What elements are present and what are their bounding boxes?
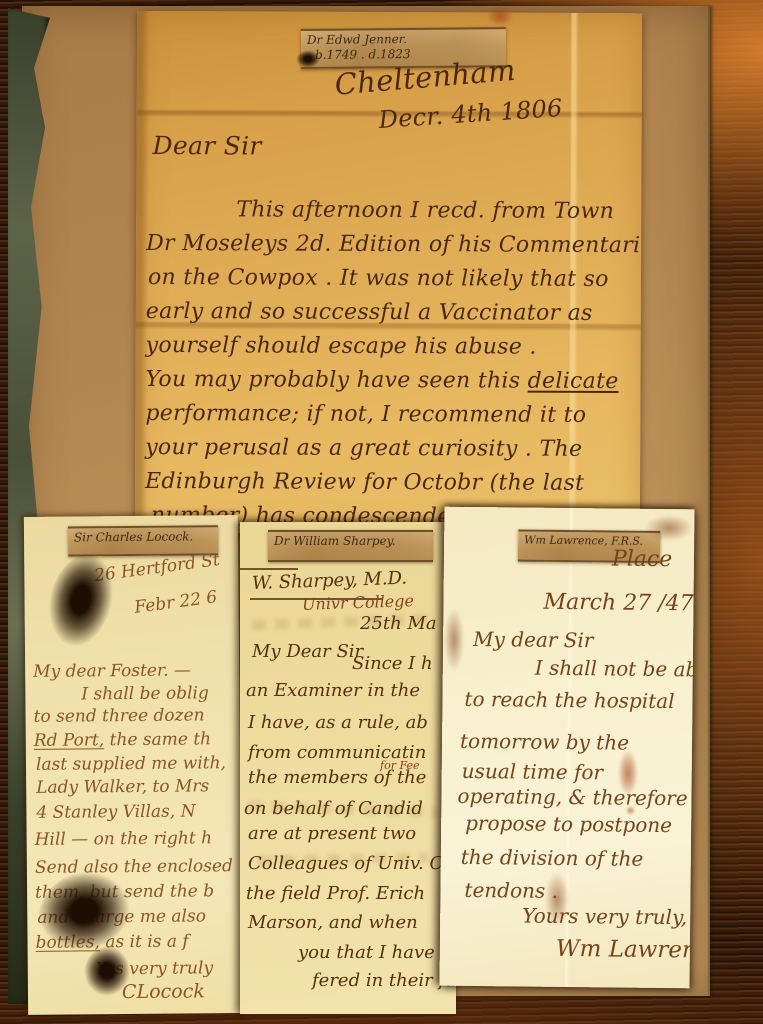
letter-lawrence: Wm Lawrence, F.R.S. Place March 27 /47. … <box>439 507 694 989</box>
handwriting-line: last supplied me with, <box>36 753 226 775</box>
handwriting-line: You may probably have seen this delicate <box>145 367 618 394</box>
pen-rule <box>240 568 298 570</box>
handwriting-line: I shall be oblig <box>81 683 209 704</box>
handwriting-closing: Yrs very truly <box>96 958 213 979</box>
handwriting-salutation: Dear Sir <box>152 131 261 160</box>
handwriting-line: This afternoon I recd. from Town <box>236 197 614 224</box>
handwriting-line: the division of the <box>461 845 644 871</box>
handwriting-line: performance; if not, I recommend it to <box>145 401 586 428</box>
letter-sharpey: Dr William Sharpey. W. Sharpey, M.D. Uni… <box>240 522 456 1014</box>
handwriting-date: Decr. 4th 1806 <box>378 94 564 134</box>
underlined-word: bottles, <box>35 932 100 953</box>
handwriting-signature: CLocock <box>122 980 205 1003</box>
handwriting-college: Univr College <box>302 591 415 614</box>
handwriting-line: tomorrow by the <box>460 729 629 755</box>
handwriting-date: Febr 22 6 <box>133 587 218 618</box>
handwriting-line: propose to postpone <box>465 811 672 837</box>
handwriting-heading: W. Sharpey, M.D. <box>252 568 408 594</box>
underlined-word: delicate <box>528 369 619 394</box>
slip-text-name: Dr William Sharpey. <box>274 534 427 549</box>
handwriting-line: an Examiner in the <box>246 680 420 701</box>
handwriting-line: them, but send the b <box>35 881 214 903</box>
handwriting-line: Hill — on the right h <box>35 828 213 850</box>
handwriting-line: fered in their fav <box>312 970 456 991</box>
handwriting-line: 4 Stanley Villas, N <box>36 801 195 822</box>
line-fragment: the same th <box>104 729 211 750</box>
handwriting-line: Rd Port, the same th <box>34 729 211 751</box>
line-fragment: as it is a f <box>100 932 189 953</box>
handwriting-line: yourself should escape his abuse . <box>146 333 537 360</box>
slip-text-name: Sir Charles Locock. <box>74 529 212 545</box>
handwriting-line: on behalf of Candid <box>244 798 423 819</box>
handwriting-line: on the Cowpox . It was not likely that s… <box>148 265 609 292</box>
handwriting-salutation: My dear Sir <box>473 627 594 652</box>
letter-locock: Sir Charles Locock. 26 Hertford St Febr … <box>24 515 242 1015</box>
handwriting-place-fragment: Place <box>612 546 673 572</box>
letter-jenner: Dr Edwd Jenner. b.1749 . d.1823 Cheltenh… <box>135 11 642 535</box>
handwriting-line: are at present two <box>248 823 416 844</box>
handwriting-line: Since I h <box>352 653 433 674</box>
handwriting-line: I have, as a rule, ab <box>248 712 428 733</box>
handwriting-line: Dr Moseleys 2d. Edition of his Commentar… <box>146 231 642 258</box>
handwriting-date: March 27 /47. <box>543 590 694 617</box>
handwriting-line: Lady Walker, to Mrs <box>36 776 209 798</box>
handwriting-line: Edinburgh Review for Octobr (the last <box>145 469 584 496</box>
handwriting-line: your perusal as a great curiosity . The <box>145 435 582 462</box>
handwriting-line: tendons . <box>464 878 558 903</box>
handwriting-line: you that I have <box>298 942 435 963</box>
handwriting-line: early and so successful a Vaccinator as <box>146 299 593 326</box>
handwriting-line: operating, & therefore <box>457 784 687 810</box>
handwriting-salutation: My Dear Sir <box>252 641 363 662</box>
handwriting-line: I shall not be able <box>535 656 695 682</box>
handwriting-signature: Wm Lawrence. <box>556 936 695 964</box>
handwriting-closing: Yours very truly, <box>522 904 687 930</box>
handwriting-line: bottles, as it is a f <box>35 932 188 953</box>
underlined-words: Rd Port, <box>34 730 105 751</box>
handwriting-date: 25th Ma <box>360 613 437 634</box>
handwriting-line: to send three dozen <box>33 705 204 726</box>
sharpey-name-slip: Dr William Sharpey. <box>268 530 433 562</box>
handwriting-line: and charge me also <box>37 906 206 927</box>
handwriting-line: to reach the hospital <box>464 687 674 713</box>
red-ink-insertion: for Fee <box>380 759 420 772</box>
handwriting-salutation: My dear Foster. — <box>33 660 191 681</box>
line-fragment: You may probably have seen this <box>145 367 527 394</box>
handwriting-line: Send also the enclosed <box>35 856 233 878</box>
handwriting-line: the field Prof. Erich <box>246 883 425 904</box>
photo-of-manuscript-letters: Dr Edwd Jenner. b.1749 . d.1823 Cheltenh… <box>0 0 763 1024</box>
handwriting-line: Colleagues of Univ. C <box>248 853 443 874</box>
handwriting-line: Marson, and when <box>248 912 418 933</box>
handwriting-line: usual time for <box>462 759 604 784</box>
